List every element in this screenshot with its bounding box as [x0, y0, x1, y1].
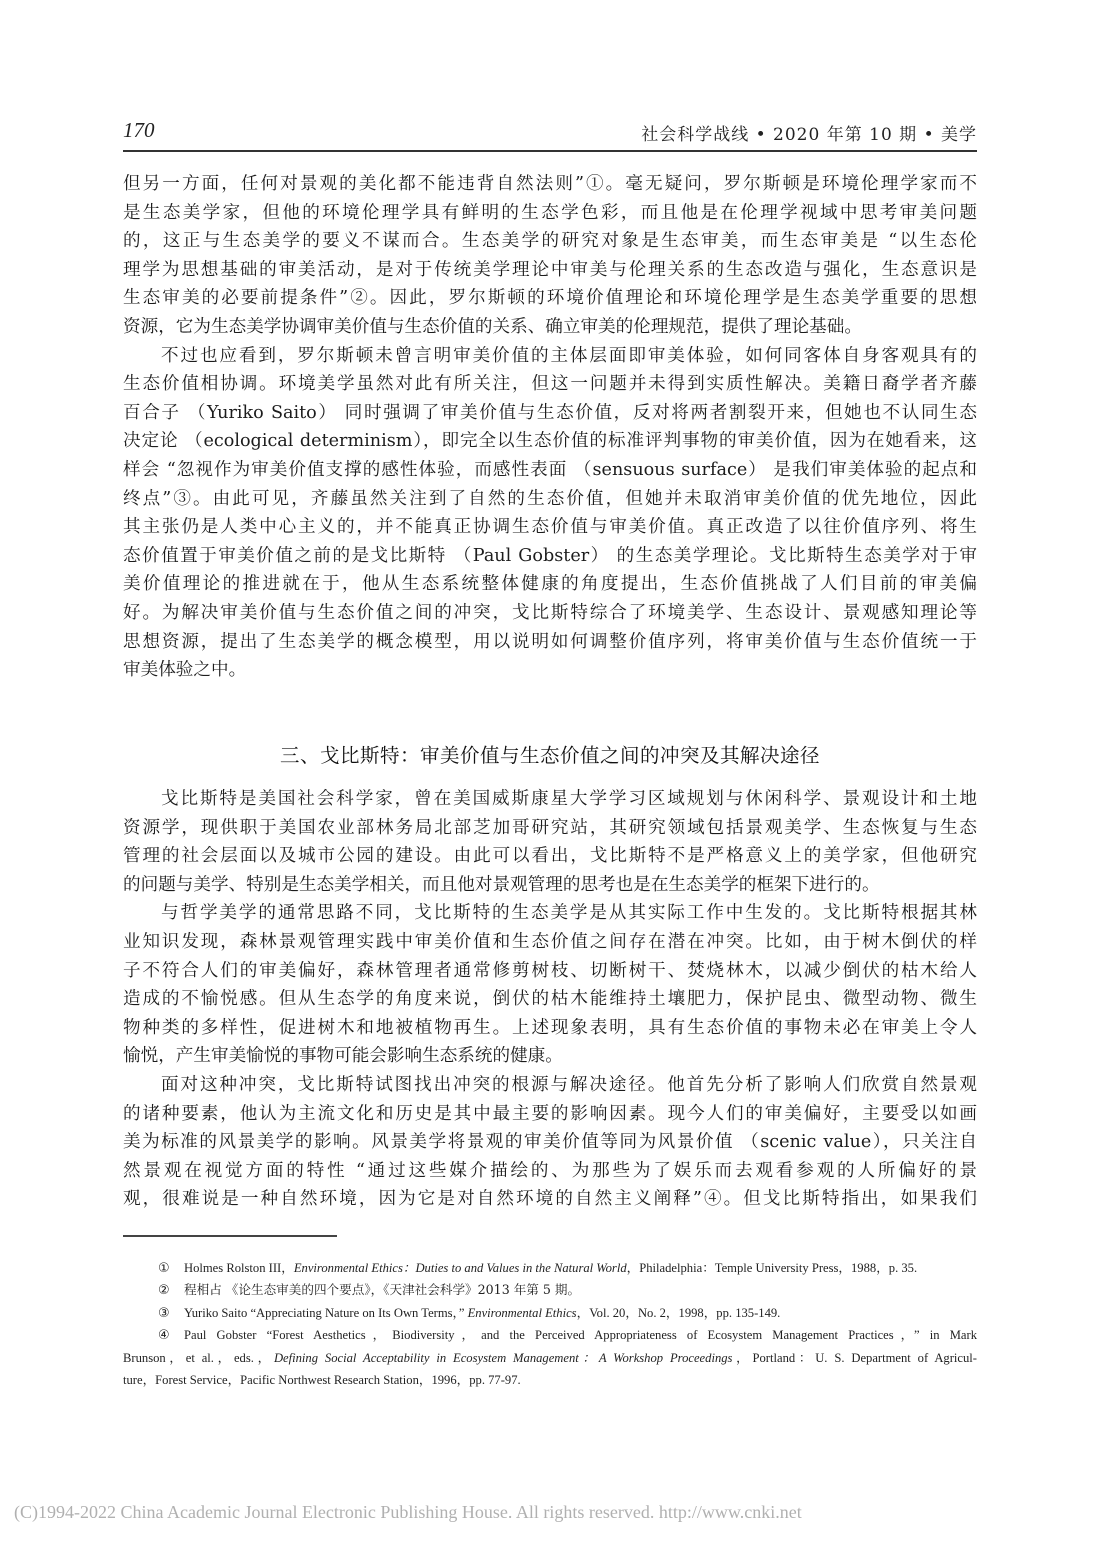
text-line: 生态价值相协调。环境美学虽然对此有所关注，但这一问题并未得到实质性解决。美籍日裔… — [123, 370, 977, 399]
running-head: 社会科学战线 • 2020 年第 10 期 • 美学 — [641, 120, 977, 145]
footnote-text: Holmes Rolston III， — [184, 1261, 294, 1275]
text-line: 审美体验之中。 — [123, 656, 977, 685]
text-line: 其主张仍是人类中心主义的，并不能真正协调生态价值与审美价值。真正改造了以往价值序… — [123, 513, 977, 542]
journal-page: 170 社会科学战线 • 2020 年第 10 期 • 美学 但另一方面，任何对… — [0, 0, 1102, 1558]
footnote-text: Yuriko Saito “Appreciating Nature on Its… — [184, 1306, 468, 1320]
copyright-watermark: (C)1994-2022 China Academic Journal Elec… — [14, 1502, 802, 1523]
footnote-title: Environmental Ethics — [468, 1306, 577, 1320]
text-line: 百合子 （Yuriko Saito） 同时强调了审美价值与生态价值，反对将两者割… — [123, 399, 977, 428]
text-line: 好。为解决审美价值与生态价值之间的冲突，戈比斯特综合了环境美学、生态设计、景观感… — [123, 599, 977, 628]
text-line: 理学为思想基础的审美活动，是对于传统美学理论中审美与伦理关系的生态改造与强化，生… — [123, 256, 977, 285]
page-number: 170 — [123, 118, 155, 143]
page-header: 170 社会科学战线 • 2020 年第 10 期 • 美学 — [123, 116, 977, 150]
section-heading: 三、戈比斯特：审美价值与生态价值之间的冲突及其解决途径 — [123, 740, 977, 768]
text-line: 物种类的多样性，促进树木和地被植物再生。上述现象表明，具有生态价值的事物未必在审… — [123, 1014, 977, 1043]
text-line: 样会 “忽视作为审美价值支撑的感性体验，而感性表面 （sensuous surf… — [123, 456, 977, 485]
text-line: 管理的社会层面以及城市公园的建设。由此可以看出，戈比斯特不是严格意义上的美学家，… — [123, 842, 977, 871]
text-line: 资源学，现供职于美国农业部林务局北部芝加哥研究站，其研究领域包括景观美学、生态恢… — [123, 814, 977, 843]
text-line: 的诸种要素，他认为主流文化和历史是其中最主要的影响因素。现今人们的审美偏好，主要… — [123, 1100, 977, 1129]
text-line: 与哲学美学的通常思路不同，戈比斯特的生态美学是从其实际工作中生发的。戈比斯特根据… — [123, 899, 977, 928]
text-line: 不过也应看到，罗尔斯顿未曾言明审美价值的主体层面即审美体验，如何同客体自身客观具… — [123, 342, 977, 371]
footnote-4: ④Paul Gobster “Forest Aesthetics，Biodive… — [123, 1324, 977, 1346]
text-line: 戈比斯特是美国社会科学家，曾在美国威斯康星大学学习区域规划与休闲科学、景观设计和… — [123, 785, 977, 814]
text-line: 愉悦，产生审美愉悦的事物可能会影响生态系统的健康。 — [123, 1042, 977, 1071]
footnote-text: ，Portland：U. S. Department of Agricul- — [732, 1351, 977, 1365]
footnote-title: Defining Social Acceptability in Ecosyst… — [274, 1351, 732, 1365]
footnote-mark: ② — [158, 1280, 184, 1302]
text-line: 资源，它为生态美学协调审美价值与生态价值的关系、确立审美的伦理规范，提供了理论基… — [123, 313, 977, 342]
text-line: 观，很难说是一种自然环境，因为它是对自然环境的自然主义阐释”④。但戈比斯特指出，… — [123, 1185, 977, 1214]
text-line: 面对这种冲突，戈比斯特试图找出冲突的根源与解决途径。他首先分析了影响人们欣赏自然… — [123, 1071, 977, 1100]
text-line: 美价值理论的推进就在于，他从生态系统整体健康的角度提出，生态价值挑战了人们目前的… — [123, 570, 977, 599]
footnote-text: ，Vol. 20，No. 2，1998，pp. 135-149. — [577, 1306, 781, 1320]
footnote-4-cont: ture，Forest Service，Pacific Northwest Re… — [123, 1369, 977, 1391]
footnotes: ①Holmes Rolston III，Environmental Ethics… — [123, 1257, 977, 1391]
footnote-separator — [123, 1235, 337, 1237]
text-line: 子不符合人们的审美偏好，森林管理者通常修剪树枝、切断树干、焚烧林木，以减少倒伏的… — [123, 957, 977, 986]
footnote-2: ②程相占 《论生态审美的四个要点》，《天津社会科学》2013 年第 5 期。 — [123, 1279, 977, 1301]
text-line: 终点”③。由此可见，齐藤虽然关注到了自然的生态价值，但她并未取消审美价值的优先地… — [123, 485, 977, 514]
footnote-text: ture，Forest Service，Pacific Northwest Re… — [123, 1373, 521, 1387]
text-line: 是生态美学家，但他的环境伦理学具有鲜明的生态学色彩，而且他是在伦理学视域中思考审… — [123, 199, 977, 228]
body-text-section-1: 但另一方面，任何对景观的美化都不能违背自然法则”①。毫无疑问，罗尔斯顿是环境伦理… — [123, 170, 977, 685]
footnote-4-cont: Brunson，et al.，eds.，Defining Social Acce… — [123, 1347, 977, 1369]
footnote-3: ③Yuriko Saito “Appreciating Nature on It… — [123, 1302, 977, 1324]
text-line: 的，这正与生态美学的要义不谋而合。生态美学的研究对象是生态审美，而生态审美是 “… — [123, 227, 977, 256]
footnote-text: Paul Gobster “Forest Aesthetics，Biodiver… — [184, 1328, 977, 1342]
text-line: 态价值置于审美价值之前的是戈比斯特 （Paul Gobster） 的生态美学理论… — [123, 542, 977, 571]
header-rule — [123, 150, 977, 152]
text-line: 业知识发现，森林景观管理实践中审美价值和生态价值之间存在潜在冲突。比如，由于树木… — [123, 928, 977, 957]
text-line: 的问题与美学、特别是生态美学相关，而且他对景观管理的思考也是在生态美学的框架下进… — [123, 871, 977, 900]
footnote-text: 程相占 《论生态审美的四个要点》，《天津社会科学》2013 年第 5 期。 — [184, 1282, 580, 1297]
text-line: 决定论 （ecological determinism），即完全以生态价值的标准… — [123, 427, 977, 456]
text-line: 生态审美的必要前提条件”②。因此，罗尔斯顿的环境价值理论和环境伦理学是生态美学重… — [123, 284, 977, 313]
footnote-text: ，Philadelphia：Temple University Press，19… — [627, 1261, 918, 1275]
text-line: 造成的不愉悦感。但从生态学的角度来说，倒伏的枯木能维持土壤肥力，保护昆虫、微型动… — [123, 985, 977, 1014]
text-line: 思想资源，提出了生态美学的概念模型，用以说明如何调整价值序列，将审美价值与生态价… — [123, 628, 977, 657]
text-line: 美为标准的风景美学的影响。风景美学将景观的审美价值等同为风景价值 （scenic… — [123, 1128, 977, 1157]
footnote-1: ①Holmes Rolston III，Environmental Ethics… — [123, 1257, 977, 1279]
footnote-mark: ③ — [158, 1303, 184, 1325]
body-text-section-2: 戈比斯特是美国社会科学家，曾在美国威斯康星大学学习区域规划与休闲科学、景观设计和… — [123, 785, 977, 1214]
footnote-mark: ④ — [158, 1325, 184, 1347]
footnote-text: Brunson，et al.，eds.， — [123, 1351, 274, 1365]
text-line: 但另一方面，任何对景观的美化都不能违背自然法则”①。毫无疑问，罗尔斯顿是环境伦理… — [123, 170, 977, 199]
footnote-mark: ① — [158, 1258, 184, 1280]
footnote-title: Environmental Ethics：Duties to and Value… — [294, 1261, 627, 1275]
text-line: 然景观在视觉方面的特性 “通过这些媒介描绘的、为那些为了娱乐而去观看参观的人所偏… — [123, 1157, 977, 1186]
